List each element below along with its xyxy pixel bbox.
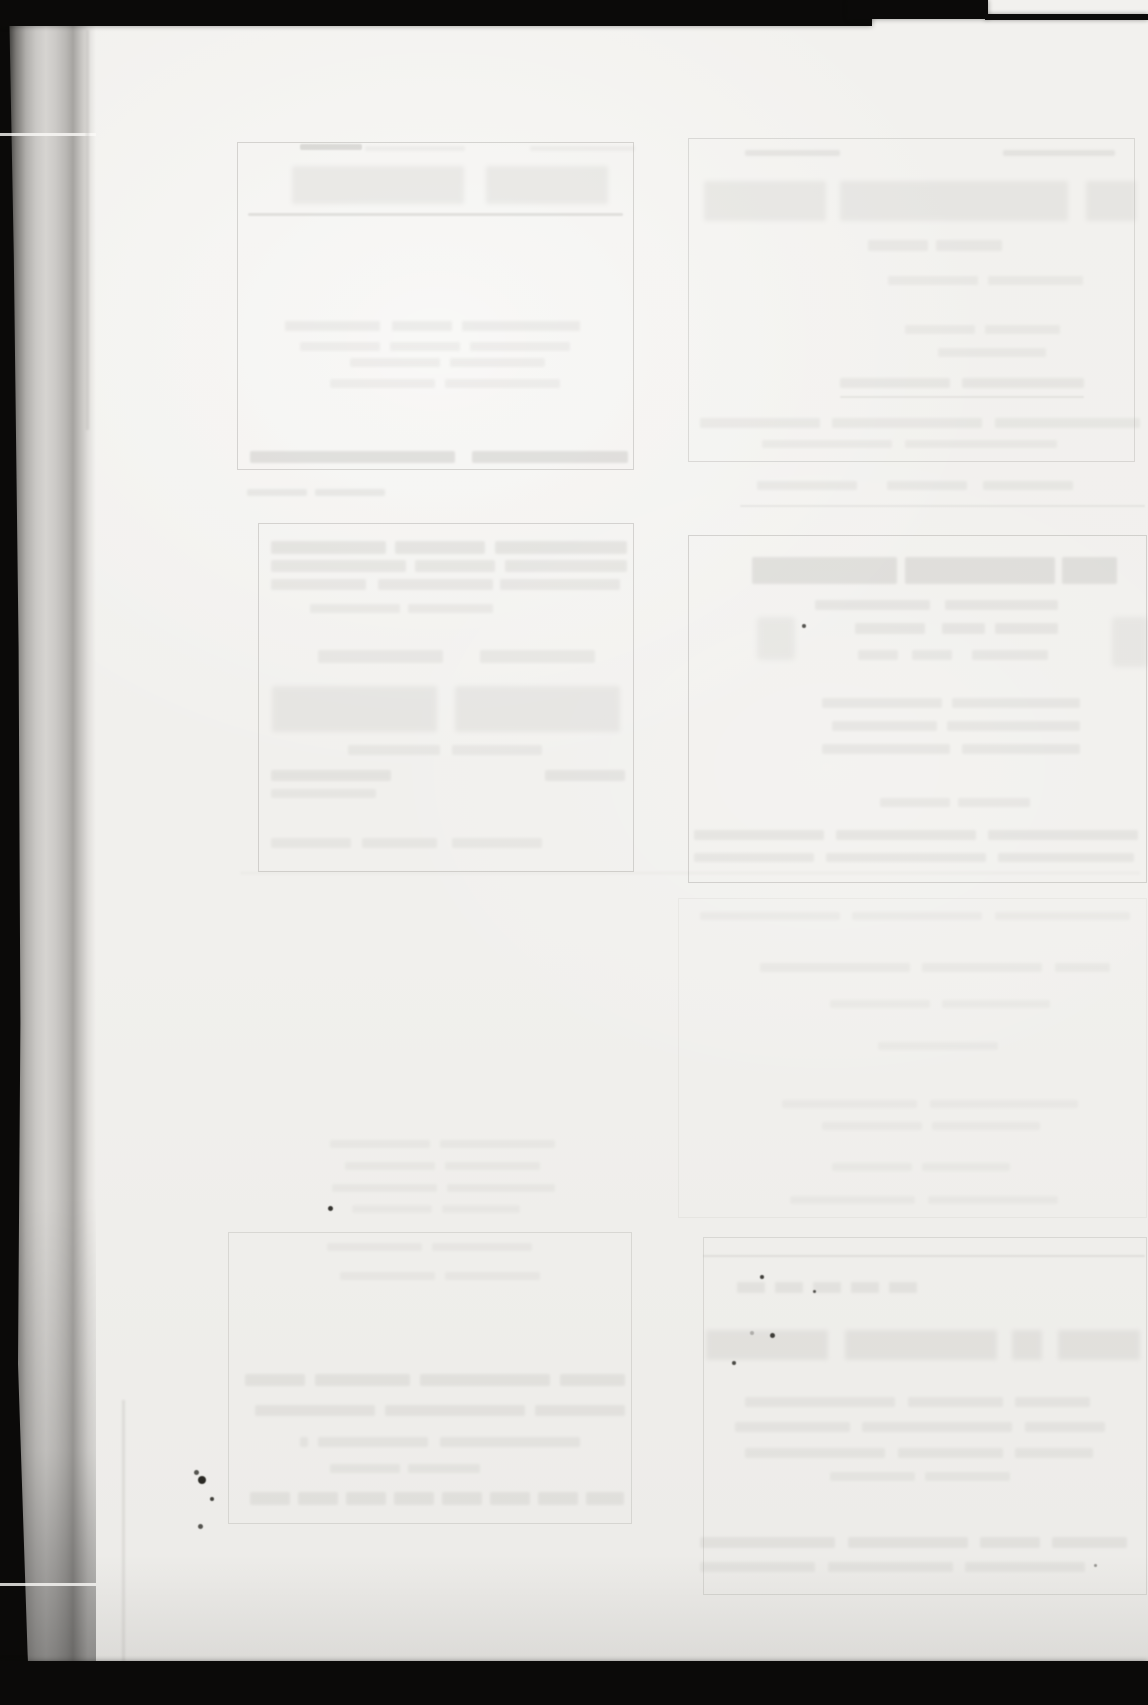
ghost-text-line	[300, 144, 362, 150]
ghost-text-line	[855, 623, 925, 634]
ghost-text-line	[826, 853, 986, 862]
ghost-text-line	[700, 1537, 835, 1548]
ghost-text-line	[365, 146, 465, 151]
ghost-text-line	[848, 1537, 968, 1548]
ghost-text-line	[980, 1537, 1040, 1548]
ghost-text-line	[350, 358, 440, 367]
ink-speck	[770, 1333, 775, 1338]
ghost-text-line	[394, 1492, 434, 1505]
ghost-text-line	[315, 1374, 410, 1386]
ghost-text-line	[318, 1437, 428, 1447]
ink-speck	[198, 1476, 206, 1484]
ghost-text-line	[408, 1464, 480, 1473]
ghost-text-line	[535, 1405, 625, 1416]
ghost-text-line	[452, 838, 542, 848]
ghost-text-line	[782, 1100, 917, 1108]
ghost-text-line	[822, 698, 942, 708]
ghost-text-line	[983, 481, 1073, 490]
ghost-text-line	[250, 451, 455, 463]
ghost-text-line	[936, 240, 1002, 251]
ghost-text-line	[922, 1163, 1010, 1171]
scan-border-top	[0, 0, 872, 26]
ghost-text-line	[1055, 963, 1110, 972]
ghost-text-line	[332, 1184, 437, 1192]
ghost-text-line	[408, 604, 493, 613]
page-fold-line	[122, 1400, 125, 1662]
ink-speck	[328, 1206, 333, 1211]
ghost-text-line	[500, 579, 620, 590]
ghost-text-line	[972, 650, 1048, 660]
ghost-text-line	[560, 1374, 625, 1386]
ghost-text-line	[1015, 1397, 1090, 1407]
ghost-text-line	[905, 557, 1055, 584]
ghost-text-line	[445, 1272, 540, 1280]
ghost-text-line	[880, 798, 950, 807]
ghost-text-line	[432, 1243, 532, 1251]
ghost-text-line	[1058, 1330, 1140, 1360]
ghost-rule	[248, 213, 623, 216]
ghost-text-line	[318, 650, 443, 663]
ghost-text-line	[292, 166, 464, 204]
ghost-text-line	[962, 378, 1084, 388]
ghost-text-line	[840, 378, 950, 388]
scan-border-bottom	[0, 1661, 1148, 1705]
ghost-text-line	[470, 342, 570, 351]
ghost-text-line	[452, 745, 542, 755]
ghost-text-line	[330, 379, 435, 388]
ghost-text-line	[1062, 557, 1117, 584]
ghost-text-line	[858, 650, 898, 660]
ghost-text-line	[490, 1492, 530, 1505]
ghost-text-line	[462, 321, 580, 331]
ghost-text-line	[346, 1492, 386, 1505]
ghost-text-line	[735, 1422, 850, 1432]
ghost-text-line	[700, 418, 820, 428]
ghost-text-line	[757, 481, 857, 490]
ghost-text-line	[942, 1000, 1050, 1008]
ghost-text-line	[830, 1472, 915, 1481]
ghost-text-line	[775, 1282, 803, 1293]
ink-speck	[802, 624, 806, 628]
ghost-text-line	[840, 181, 1068, 221]
ghost-text-line	[1003, 150, 1115, 156]
ghost-text-line	[300, 1437, 308, 1447]
ghost-logo-blob	[757, 617, 795, 660]
ink-speck	[813, 1290, 816, 1293]
ghost-text-line	[450, 358, 545, 367]
ghost-text-line	[271, 541, 386, 554]
ghost-text-line	[887, 481, 967, 490]
ghost-text-line	[700, 912, 840, 920]
ghost-rule	[703, 1255, 1145, 1257]
ghost-text-line	[505, 560, 627, 572]
ghost-text-line	[938, 348, 1046, 357]
ghost-text-line	[330, 1140, 430, 1148]
ghost-text-line	[586, 1492, 624, 1505]
ghost-text-line	[760, 963, 910, 972]
ghost-text-line	[271, 789, 376, 798]
ghost-text-line	[832, 418, 982, 428]
ghost-text-line	[250, 1492, 290, 1505]
ghost-text-line	[745, 1397, 895, 1407]
ghost-rule	[240, 872, 1140, 874]
ghost-text-line	[352, 1205, 432, 1213]
ghost-text-line	[395, 541, 485, 554]
ink-speck	[198, 1524, 203, 1529]
ghost-text-line	[790, 1196, 915, 1204]
ghost-text-line	[928, 1196, 1058, 1204]
ghost-text-line	[385, 1405, 525, 1416]
ghost-text-line	[952, 698, 1080, 708]
ghost-text-line	[832, 721, 937, 731]
ghost-text-line	[706, 1330, 828, 1360]
ghost-text-line	[538, 1492, 578, 1505]
ghost-text-line	[878, 1042, 998, 1050]
ghost-text-line	[694, 853, 814, 862]
ghost-text-line	[327, 1243, 422, 1251]
ghost-text-line	[908, 1397, 1003, 1407]
ghost-text-line	[1052, 1537, 1127, 1548]
ghost-text-line	[455, 686, 620, 732]
ghost-text-line	[480, 650, 595, 663]
ghost-text-line	[945, 600, 1058, 610]
ghost-text-line	[947, 721, 1080, 731]
ghost-text-line	[486, 166, 608, 204]
ghost-text-line	[922, 963, 1042, 972]
ghost-text-line	[495, 541, 627, 554]
ghost-text-line	[1012, 1330, 1042, 1360]
ghost-logo-blob	[1112, 617, 1148, 667]
ghost-text-line	[1025, 1422, 1105, 1432]
ghost-text-line	[447, 1184, 555, 1192]
ghost-text-line	[852, 912, 982, 920]
ghost-text-line	[932, 1122, 1040, 1130]
ghost-text-line	[245, 1374, 305, 1386]
ghost-text-line	[988, 830, 1138, 840]
ghost-text-line	[752, 557, 897, 584]
ghost-text-line	[868, 240, 928, 251]
scanned-newspaper-page	[0, 0, 1148, 1705]
ghost-text-line	[737, 1282, 765, 1293]
ghost-text-line	[545, 770, 625, 781]
ghost-text-line	[390, 342, 460, 351]
ghost-text-line	[925, 1472, 1010, 1481]
ghost-text-line	[930, 1100, 1078, 1108]
ghost-text-line	[762, 440, 892, 448]
ghost-text-line	[378, 579, 493, 590]
ghost-text-line	[345, 1162, 435, 1170]
ghost-text-line	[1086, 181, 1136, 221]
scan-border-top-thin	[985, 14, 1148, 20]
ghost-text-line	[889, 1282, 917, 1293]
ghost-text-line	[998, 853, 1134, 862]
ghost-text-line	[905, 325, 975, 334]
ghost-text-line	[392, 321, 452, 331]
ghost-text-line	[813, 1282, 841, 1293]
ghost-text-line	[255, 1405, 375, 1416]
ghost-text-line	[942, 623, 985, 634]
ghost-text-line	[822, 1122, 922, 1130]
ghost-text-line	[985, 325, 1060, 334]
ghost-text-line	[888, 276, 978, 285]
ghost-text-line	[822, 744, 950, 754]
ink-speck	[194, 1470, 199, 1475]
ghost-text-line	[315, 489, 385, 496]
ghost-text-line	[962, 744, 1080, 754]
ghost-text-line	[271, 579, 366, 590]
ghost-text-line	[1015, 1448, 1093, 1458]
ghost-text-line	[442, 1492, 482, 1505]
ad-box-right-lower-middle	[678, 898, 1147, 1218]
ghost-text-line	[340, 1272, 435, 1280]
ghost-text-line	[832, 1163, 912, 1171]
ghost-text-line	[271, 560, 406, 572]
ghost-text-line	[300, 342, 380, 351]
ghost-text-line	[310, 604, 400, 613]
ghost-text-line	[704, 181, 826, 221]
ghost-rule	[740, 505, 1145, 507]
ghost-text-line	[415, 560, 495, 572]
ghost-text-line	[440, 1140, 555, 1148]
ghost-rule	[840, 396, 1084, 398]
ghost-text-line	[845, 1330, 997, 1360]
edge-scratch	[0, 1583, 96, 1586]
ghost-text-line	[815, 600, 930, 610]
ghost-text-line	[440, 1437, 580, 1447]
ghost-text-line	[912, 650, 952, 660]
ghost-text-line	[442, 1205, 520, 1213]
ghost-text-line	[330, 1464, 400, 1473]
ink-speck	[760, 1275, 764, 1279]
ghost-text-line	[445, 1162, 540, 1170]
ghost-text-line	[694, 830, 824, 840]
ghost-text-line	[285, 321, 380, 331]
ghost-text-line	[988, 276, 1083, 285]
ghost-text-line	[271, 838, 351, 848]
ghost-text-line	[862, 1422, 1012, 1432]
ghost-text-line	[420, 1374, 550, 1386]
ghost-text-line	[830, 1000, 930, 1008]
ghost-text-line	[995, 623, 1058, 634]
ghost-text-line	[836, 830, 976, 840]
ghost-text-line	[272, 686, 437, 732]
page-fold-line	[86, 30, 89, 430]
scan-border-top-step	[848, 0, 988, 19]
ghost-text-line	[271, 770, 391, 781]
ink-speck	[732, 1361, 736, 1365]
ghost-text-line	[530, 146, 635, 151]
ghost-text-line	[348, 745, 440, 755]
edge-scratch	[0, 133, 96, 136]
ghost-text-line	[745, 150, 840, 156]
ink-speck	[210, 1497, 214, 1501]
ghost-text-line	[905, 440, 1057, 448]
ghost-text-line	[247, 489, 307, 496]
bottom-shadow	[0, 1555, 1148, 1661]
ghost-text-line	[995, 912, 1130, 920]
ghost-text-line	[362, 838, 437, 848]
ink-speck	[750, 1331, 754, 1335]
ghost-text-line	[472, 451, 628, 463]
ghost-text-line	[445, 379, 560, 388]
ghost-text-line	[745, 1448, 885, 1458]
ghost-text-line	[851, 1282, 879, 1293]
ghost-text-line	[995, 418, 1140, 428]
ghost-text-line	[958, 798, 1030, 807]
ghost-text-line	[898, 1448, 1003, 1458]
ghost-text-line	[298, 1492, 338, 1505]
